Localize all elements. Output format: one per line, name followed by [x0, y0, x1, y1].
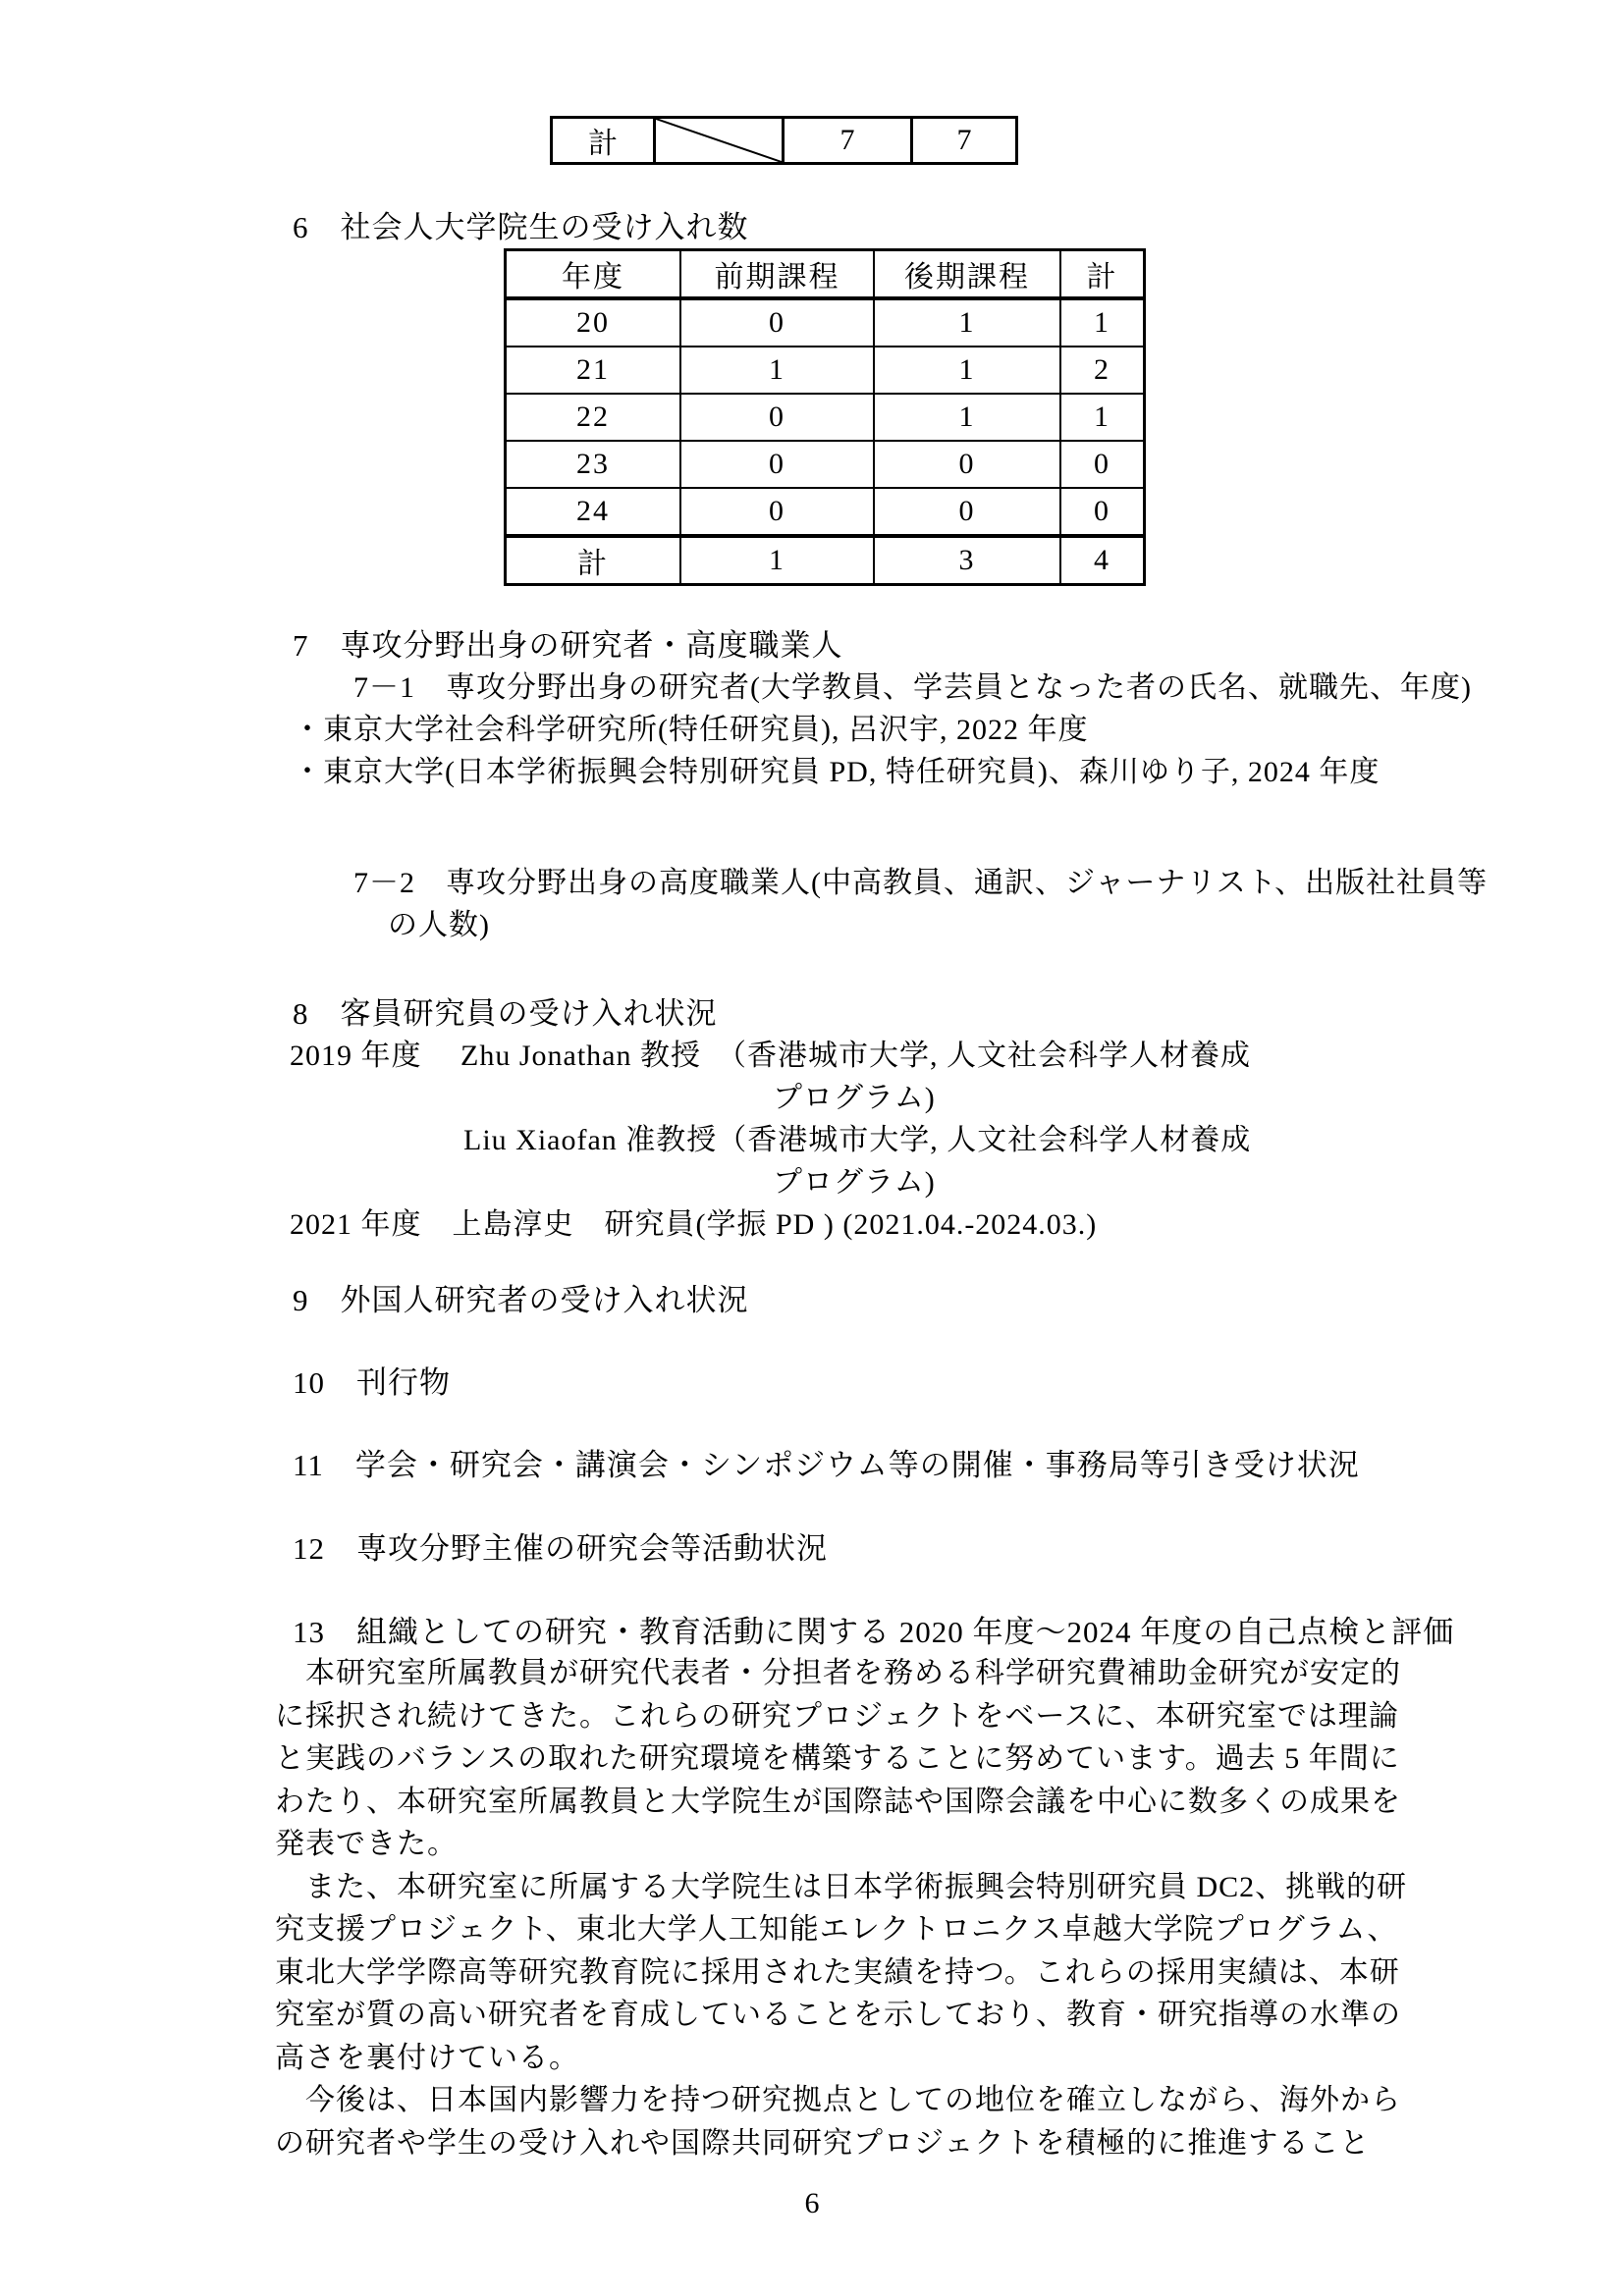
- page-number: 6: [0, 2184, 1624, 2223]
- table-header-cell: 後期課程: [874, 250, 1060, 299]
- section13-heading: 13 組織としての研究・教育活動に関する 2020 年度～2024 年度の自己点…: [293, 1613, 1454, 1652]
- table-cell: 1: [680, 347, 874, 394]
- body-text-line: 今後は、日本国内影響力を持つ研究拠点としての地位を確立しながら、海外から: [275, 2081, 1401, 2120]
- table-cell: 1: [680, 536, 874, 585]
- section11-heading: 11 学会・研究会・講演会・シンポジウム等の開催・事務局等引き受け状況: [293, 1446, 1360, 1485]
- grad-student-acceptance-table: 年度前期課程後期課程計 2001121112220112300024000計13…: [504, 248, 1146, 586]
- section8-heading: 8 客員研究員の受け入れ状況: [293, 994, 718, 1034]
- table-row: 20011: [506, 298, 1145, 347]
- table-header-row: 年度前期課程後期課程計: [506, 250, 1145, 299]
- section8-line-liu: Liu Xiaofan 准教授（香港城市大学, 人文社会科学人材養成: [463, 1121, 1251, 1160]
- table-cell: 0: [680, 488, 874, 536]
- table-cell: 0: [680, 298, 874, 347]
- diagonal-slash-cell: [655, 118, 784, 164]
- table-cell: 20: [506, 298, 681, 347]
- body-text-line: 高さを裏付けている。: [275, 2039, 579, 2078]
- table-row: 計 7 7: [552, 118, 1017, 164]
- document-page: 計 7 7 6 社会人大学院生の受け入れ数 年度前期課程後期課程計 200112…: [0, 0, 1624, 2296]
- table-cell-value: 7: [784, 118, 912, 164]
- section7-heading: 7 専攻分野出身の研究者・高度職業人: [293, 626, 843, 666]
- section7-bullet-2: ・東京大学(日本学術振興会特別研究員 PD, 特任研究員)、森川ゆり子, 202…: [293, 753, 1380, 792]
- body-text-line: 発表できた。: [275, 1825, 458, 1864]
- table-cell: 1: [874, 347, 1060, 394]
- body-text-line: に採択され続けてきた。これらの研究プロジェクトをベースに、本研究室では理論: [275, 1697, 1399, 1736]
- section12-heading: 12 専攻分野主催の研究会等活動状況: [293, 1529, 828, 1569]
- body-text-line: わたり、本研究室所属教員と大学院生が国際誌や国際会議を中心に数多くの成果を: [275, 1783, 1401, 1822]
- section7-sub2-line2: の人数): [388, 906, 490, 945]
- total-fragment-table: 計 7 7: [550, 116, 1018, 165]
- table-row: 23000: [506, 441, 1145, 488]
- table-cell: 0: [1060, 488, 1145, 536]
- body-text-line: 東北大学学際高等研究教育院に採用された実績を持つ。これらの採用実績は、本研: [275, 1953, 1400, 1993]
- section8-line-2019: 2019 年度 Zhu Jonathan 教授 （香港城市大学, 人文社会科学人…: [290, 1037, 1251, 1076]
- table-cell-total-label: 計: [552, 118, 655, 164]
- table-cell: 2: [1060, 347, 1145, 394]
- table-header-cell: 前期課程: [680, 250, 874, 299]
- table-cell: 0: [680, 441, 874, 488]
- table-cell: 0: [874, 441, 1060, 488]
- section6-heading: 6 社会人大学院生の受け入れ数: [293, 208, 749, 247]
- table-cell: 24: [506, 488, 681, 536]
- section7-sub2-line1: 7－2 専攻分野出身の高度職業人(中高教員、通訳、ジャーナリスト、出版社社員等: [353, 864, 1488, 903]
- table-cell: 1: [874, 394, 1060, 441]
- body-text-line: また、本研究室に所属する大学院生は日本学術振興会特別研究員 DC2、挑戦的研: [275, 1868, 1407, 1907]
- body-text-line: 本研究室所属教員が研究代表者・分担者を務める科学研究費補助金研究が安定的: [275, 1654, 1401, 1693]
- table-cell: 23: [506, 441, 681, 488]
- section8-line-2021: 2021 年度 上島淳史 研究員(学振 PD ) (2021.04.-2024.…: [290, 1205, 1097, 1245]
- body-text-line: と実践のバランスの取れた研究環境を構築することに努めています。過去 5 年間に: [275, 1739, 1400, 1779]
- table-cell: 0: [874, 488, 1060, 536]
- table-cell: 1: [1060, 298, 1145, 347]
- table-cell: 計: [506, 536, 681, 585]
- section9-heading: 9 外国人研究者の受け入れ状況: [293, 1281, 749, 1320]
- section8-line-program1: プログラム): [773, 1079, 936, 1118]
- body-text-line: 究室が質の高い研究者を育成していることを示しており、教育・研究指導の水準の: [275, 1996, 1401, 2035]
- section7-sub1: 7－1 専攻分野出身の研究者(大学教員、学芸員となった者の氏名、就職先、年度): [353, 668, 1472, 708]
- table-cell-value: 7: [912, 118, 1017, 164]
- table-header-cell: 計: [1060, 250, 1145, 299]
- table-header-cell: 年度: [506, 250, 681, 299]
- table-cell: 0: [1060, 441, 1145, 488]
- table-cell: 1: [874, 298, 1060, 347]
- table-row: 22011: [506, 394, 1145, 441]
- body-text-line: 究支援プロジェクト、東北大学人工知能エレクトロニクス卓越大学院プログラム、: [275, 1910, 1397, 1949]
- table-cell: 22: [506, 394, 681, 441]
- table-cell: 0: [680, 394, 874, 441]
- table-cell: 1: [1060, 394, 1145, 441]
- table-cell: 3: [874, 536, 1060, 585]
- table-row: 計134: [506, 536, 1145, 585]
- table-row: 21112: [506, 347, 1145, 394]
- body-text-line: の研究者や学生の受け入れや国際共同研究プロジェクトを積極的に推進すること: [275, 2124, 1370, 2163]
- table-cell: 21: [506, 347, 681, 394]
- section7-bullet-1: ・東京大学社会科学研究所(特任研究員), 呂沢宇, 2022 年度: [293, 711, 1088, 750]
- table-row: 24000: [506, 488, 1145, 536]
- table-cell: 4: [1060, 536, 1145, 585]
- diagonal-line-icon: [656, 119, 782, 162]
- section10-heading: 10 刊行物: [293, 1363, 451, 1403]
- section8-line-program2: プログラム): [773, 1163, 936, 1202]
